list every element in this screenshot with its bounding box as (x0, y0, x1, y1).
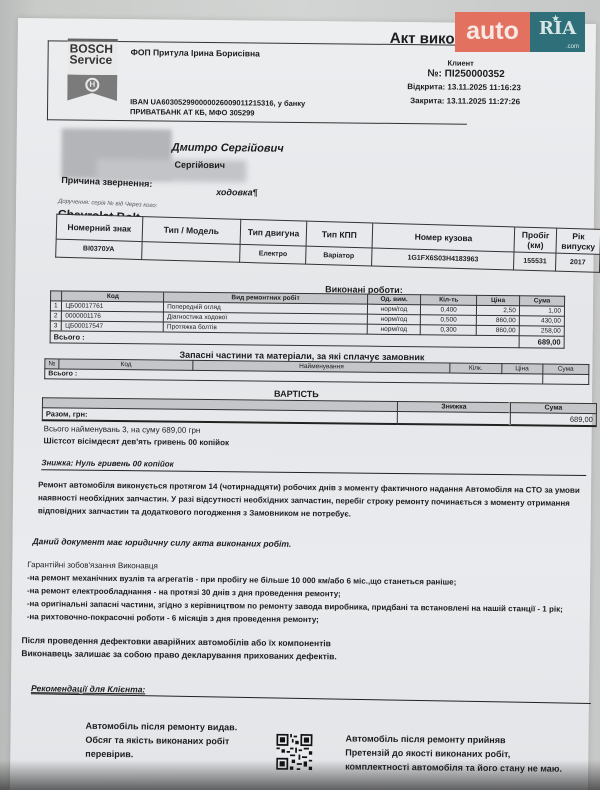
client-name-secondary: Сергійович (174, 160, 225, 171)
cost-total-label: Разом, грн: (42, 408, 397, 424)
vehicle-header: Тип двигуна (240, 219, 306, 246)
vehicle-table: Номерний знак Тип / Модель Тип двигуна Т… (55, 214, 600, 273)
cost-title: ВАРТІСТЬ (274, 389, 319, 399)
plate-number: ВІ0370УА (56, 239, 142, 259)
warranty-block: Гарантійні зобов'язання Виконавця -на ре… (27, 558, 588, 629)
parts-header: Кілк. (450, 363, 502, 374)
autoria-watermark: auto ★ RIA .com (455, 12, 600, 52)
vehicle-header: Тип / Модель (142, 217, 241, 245)
items-summary: Всього найменувань 3, на суму 689,00 грн (44, 424, 201, 435)
vehicle-header: Номерний знак (56, 214, 142, 241)
opened-timestamp: Відкрита: 13.11.2025 11:16:23 (407, 82, 521, 92)
gearbox-type: Варіатор (306, 246, 372, 266)
works-header: Од. вим. (367, 294, 421, 305)
works-table: Код Вид ремонтних робіт Од. вим. Кіл-ть … (50, 290, 566, 348)
work-price: 2,50 (476, 305, 519, 315)
star-icon: ★ (552, 13, 559, 23)
bank-line: ПРИВАТБАНК АТ КБ, МФО 305299 (130, 107, 305, 119)
parts-table: № Код Найменування Кілк. Ціна Сума Всьог… (44, 358, 589, 385)
client-label: Клиент (448, 59, 474, 68)
closed-timestamp: Закрита: 13.11.2025 11:27:26 (410, 96, 520, 106)
mileage: 155531 (514, 252, 556, 271)
cost-discount-value (397, 411, 510, 424)
signature-text: Автомобіль після ремонту видав. (86, 719, 238, 735)
work-unit: норм/год (367, 324, 421, 335)
year: 2017 (556, 253, 600, 272)
cost-sum-value: 689,00 (510, 413, 596, 426)
engine-type: Електро (240, 244, 306, 264)
model-type (141, 242, 240, 263)
bank-details: IBAN UA603052990000026009011215316, у ба… (130, 97, 305, 119)
watermark-ria-suffix: .com (566, 44, 579, 50)
company-name: ФОП Притула Ірина Борисівна (131, 47, 260, 58)
parts-header: Сума (542, 364, 588, 374)
vin-number: 1G1FX6S03H4183963 (371, 248, 514, 270)
work-sum: 1,00 (519, 306, 564, 316)
works-header: Кіл-ть (421, 295, 477, 306)
bottom-shadow (0, 760, 600, 790)
works-total-value: 689,00 (519, 336, 564, 348)
vehicle-header: Тип КПП (306, 221, 372, 248)
row-index: 2 (50, 311, 61, 321)
bosch-service-logo: BOSCHService H (67, 39, 118, 106)
parts-total-value (542, 374, 588, 384)
document-sheet: BOSCHService H ФОП Притула Ірина Борисів… (10, 18, 596, 790)
work-unit: норм/год (367, 304, 421, 315)
client-name: Дмитро Сергійович (172, 142, 284, 155)
discount-line: Знижка: Нуль гривень 00 копійок (41, 458, 586, 476)
defects-notice: Після проведення дефектовки аварійних ав… (21, 634, 561, 666)
row-index: 3 (50, 321, 61, 331)
sum-in-words: Шістсот вісімдесят дев'ять гривень 00 ко… (44, 436, 230, 447)
reason-value: ходовка¶ (216, 187, 258, 197)
watermark-auto: auto (455, 12, 530, 52)
divider (31, 693, 591, 704)
parts-header: № (45, 359, 59, 369)
work-sum: 430,00 (519, 316, 564, 326)
work-qty: 0,300 (421, 325, 477, 336)
works-header: Сума (519, 296, 564, 306)
work-price: 860,00 (476, 325, 519, 335)
work-price: 860,00 (476, 315, 519, 325)
watermark-ria: ★ RIA .com (530, 12, 585, 52)
vehicle-header: Пробіг (км) (514, 227, 556, 253)
repair-terms: Ремонт автомобіля виконується протягом 1… (38, 478, 583, 523)
logo-text-service: Service (69, 53, 112, 67)
legal-notice: Даний документ має юридичну силу акта ви… (32, 536, 291, 549)
cost-table: Знижка Сума Разом, грн: 689,00 (42, 397, 597, 426)
bosch-armature-icon: H (85, 78, 99, 92)
work-unit: норм/год (367, 314, 421, 325)
work-qty: 0,500 (421, 315, 477, 326)
issuer-signature-block: Автомобіль після ремонту видав. Обсяг та… (85, 719, 237, 763)
works-header: Ціна (477, 295, 520, 305)
parts-header: Ціна (501, 364, 542, 374)
act-number: №: ПІ250000352 (427, 68, 504, 80)
vehicle-header: Рік випуску (556, 228, 600, 254)
row-index: 1 (50, 301, 61, 311)
work-sum: 258,00 (519, 326, 564, 336)
work-qty: 0,400 (421, 305, 477, 316)
works-header (51, 291, 62, 301)
